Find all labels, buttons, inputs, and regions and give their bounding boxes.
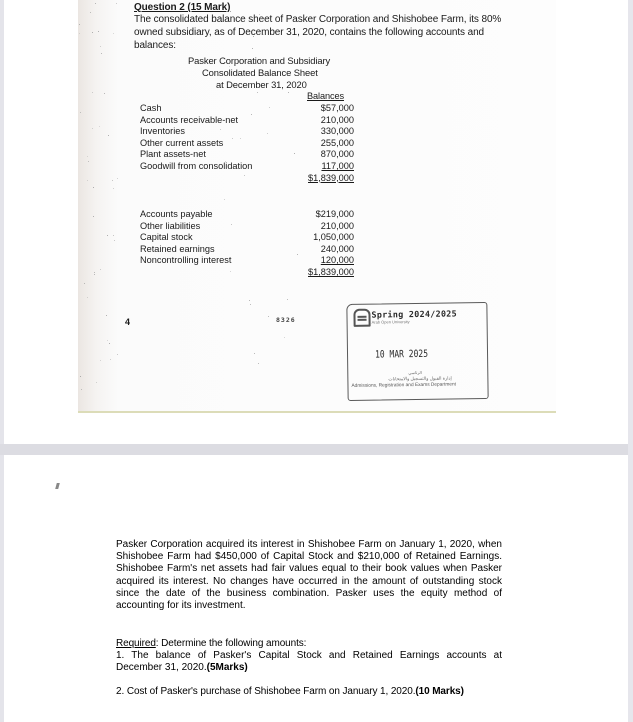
question-heading: Question 2 (15 Mark) <box>134 2 230 14</box>
question-intro-line-1: The consolidated balance sheet of Pasker… <box>134 14 501 26</box>
stamp-arabic-line-2: إدارة القبول والتسجيل والامتحانات <box>388 376 451 383</box>
stamp-university: Arab Open University <box>372 319 410 325</box>
statement-title-name: Consolidated Balance Sheet <box>202 67 318 79</box>
required-item-1-text: 1. The balance of Pasker's Capital Stock… <box>116 650 502 673</box>
asset-label: Plant assets-net <box>140 149 206 161</box>
liability-equity-label: Retained earnings <box>140 244 215 256</box>
asset-label: Goodwill from consolidation <box>140 161 252 173</box>
asset-amount: 870,000 <box>294 149 354 161</box>
serial-number: 8326 <box>276 314 296 326</box>
stamp-department: Admissions, Registration and Exams Depar… <box>351 382 456 388</box>
liability-equity-label: Noncontrolling interest <box>140 255 231 267</box>
required-item-1: 1. The balance of Pasker's Capital Stock… <box>116 650 502 674</box>
university-logo-icon <box>353 309 370 327</box>
asset-total: $1,839,000 <box>294 173 354 185</box>
liability-equity-label: Other liabilities <box>140 221 200 233</box>
scanned-question-image: Question 2 (15 Mark) The consolidated ba… <box>78 0 556 413</box>
scan-mark <box>55 483 60 489</box>
asset-amount: 210,000 <box>294 115 354 127</box>
liability-equity-total: $1,839,000 <box>294 267 354 279</box>
asset-amount: 330,000 <box>294 126 354 138</box>
liability-equity-label: Capital stock <box>140 232 193 244</box>
page-number: 4 <box>125 316 130 328</box>
asset-amount: $57,000 <box>294 103 354 115</box>
required-line: Required: Determine the following amount… <box>116 638 306 650</box>
liability-equity-amount: $219,000 <box>294 209 354 221</box>
asset-label: Accounts receivable-net <box>140 115 238 127</box>
liability-equity-amount: 1,050,000 <box>294 232 354 244</box>
required-text: : Determine the following amounts: <box>156 638 307 649</box>
asset-label: Cash <box>140 103 161 115</box>
acquisition-paragraph: Pasker Corporation acquired its interest… <box>116 539 502 612</box>
stamp-arabic-line-1: الرئاسي <box>408 370 422 375</box>
statement-title-date: at December 31, 2020 <box>216 79 307 91</box>
statement-title-company: Pasker Corporation and Subsidiary <box>188 55 330 67</box>
liability-equity-amount: 120,000 <box>294 255 354 267</box>
liability-equity-label: Accounts payable <box>140 209 213 221</box>
asset-amount: 255,000 <box>294 138 354 150</box>
document-page-1: Question 2 (15 Mark) The consolidated ba… <box>4 0 628 444</box>
required-item-2-text: 2. Cost of Pasker's purchase of Shishobe… <box>116 686 415 697</box>
liability-equity-amount: 240,000 <box>294 244 354 256</box>
stamp-season: Spring 2024/2025 <box>371 308 457 319</box>
balances-column-header: Balances <box>307 90 344 102</box>
liability-equity-amount: 210,000 <box>294 221 354 233</box>
page-separator <box>0 444 633 455</box>
stamp-date: 10 MAR 2025 <box>375 349 428 361</box>
document-page-2: Pasker Corporation acquired its interest… <box>4 455 628 722</box>
required-item-2: 2. Cost of Pasker's purchase of Shishobe… <box>116 686 464 698</box>
scrollbar[interactable] <box>628 0 633 722</box>
registration-stamp: Spring 2024/2025 Arab Open University 10… <box>346 302 488 401</box>
question-intro-line-2: owned subsidiary, as of December 31, 202… <box>134 27 484 39</box>
asset-label: Other current assets <box>140 138 223 150</box>
required-label: Required <box>116 638 156 649</box>
required-item-2-marks: (10 Marks) <box>415 686 463 697</box>
required-item-1-marks: (5Marks) <box>207 662 248 673</box>
question-intro-line-3: balances: <box>134 40 176 52</box>
asset-amount: 117,000 <box>294 161 354 173</box>
asset-label: Inventories <box>140 126 185 138</box>
